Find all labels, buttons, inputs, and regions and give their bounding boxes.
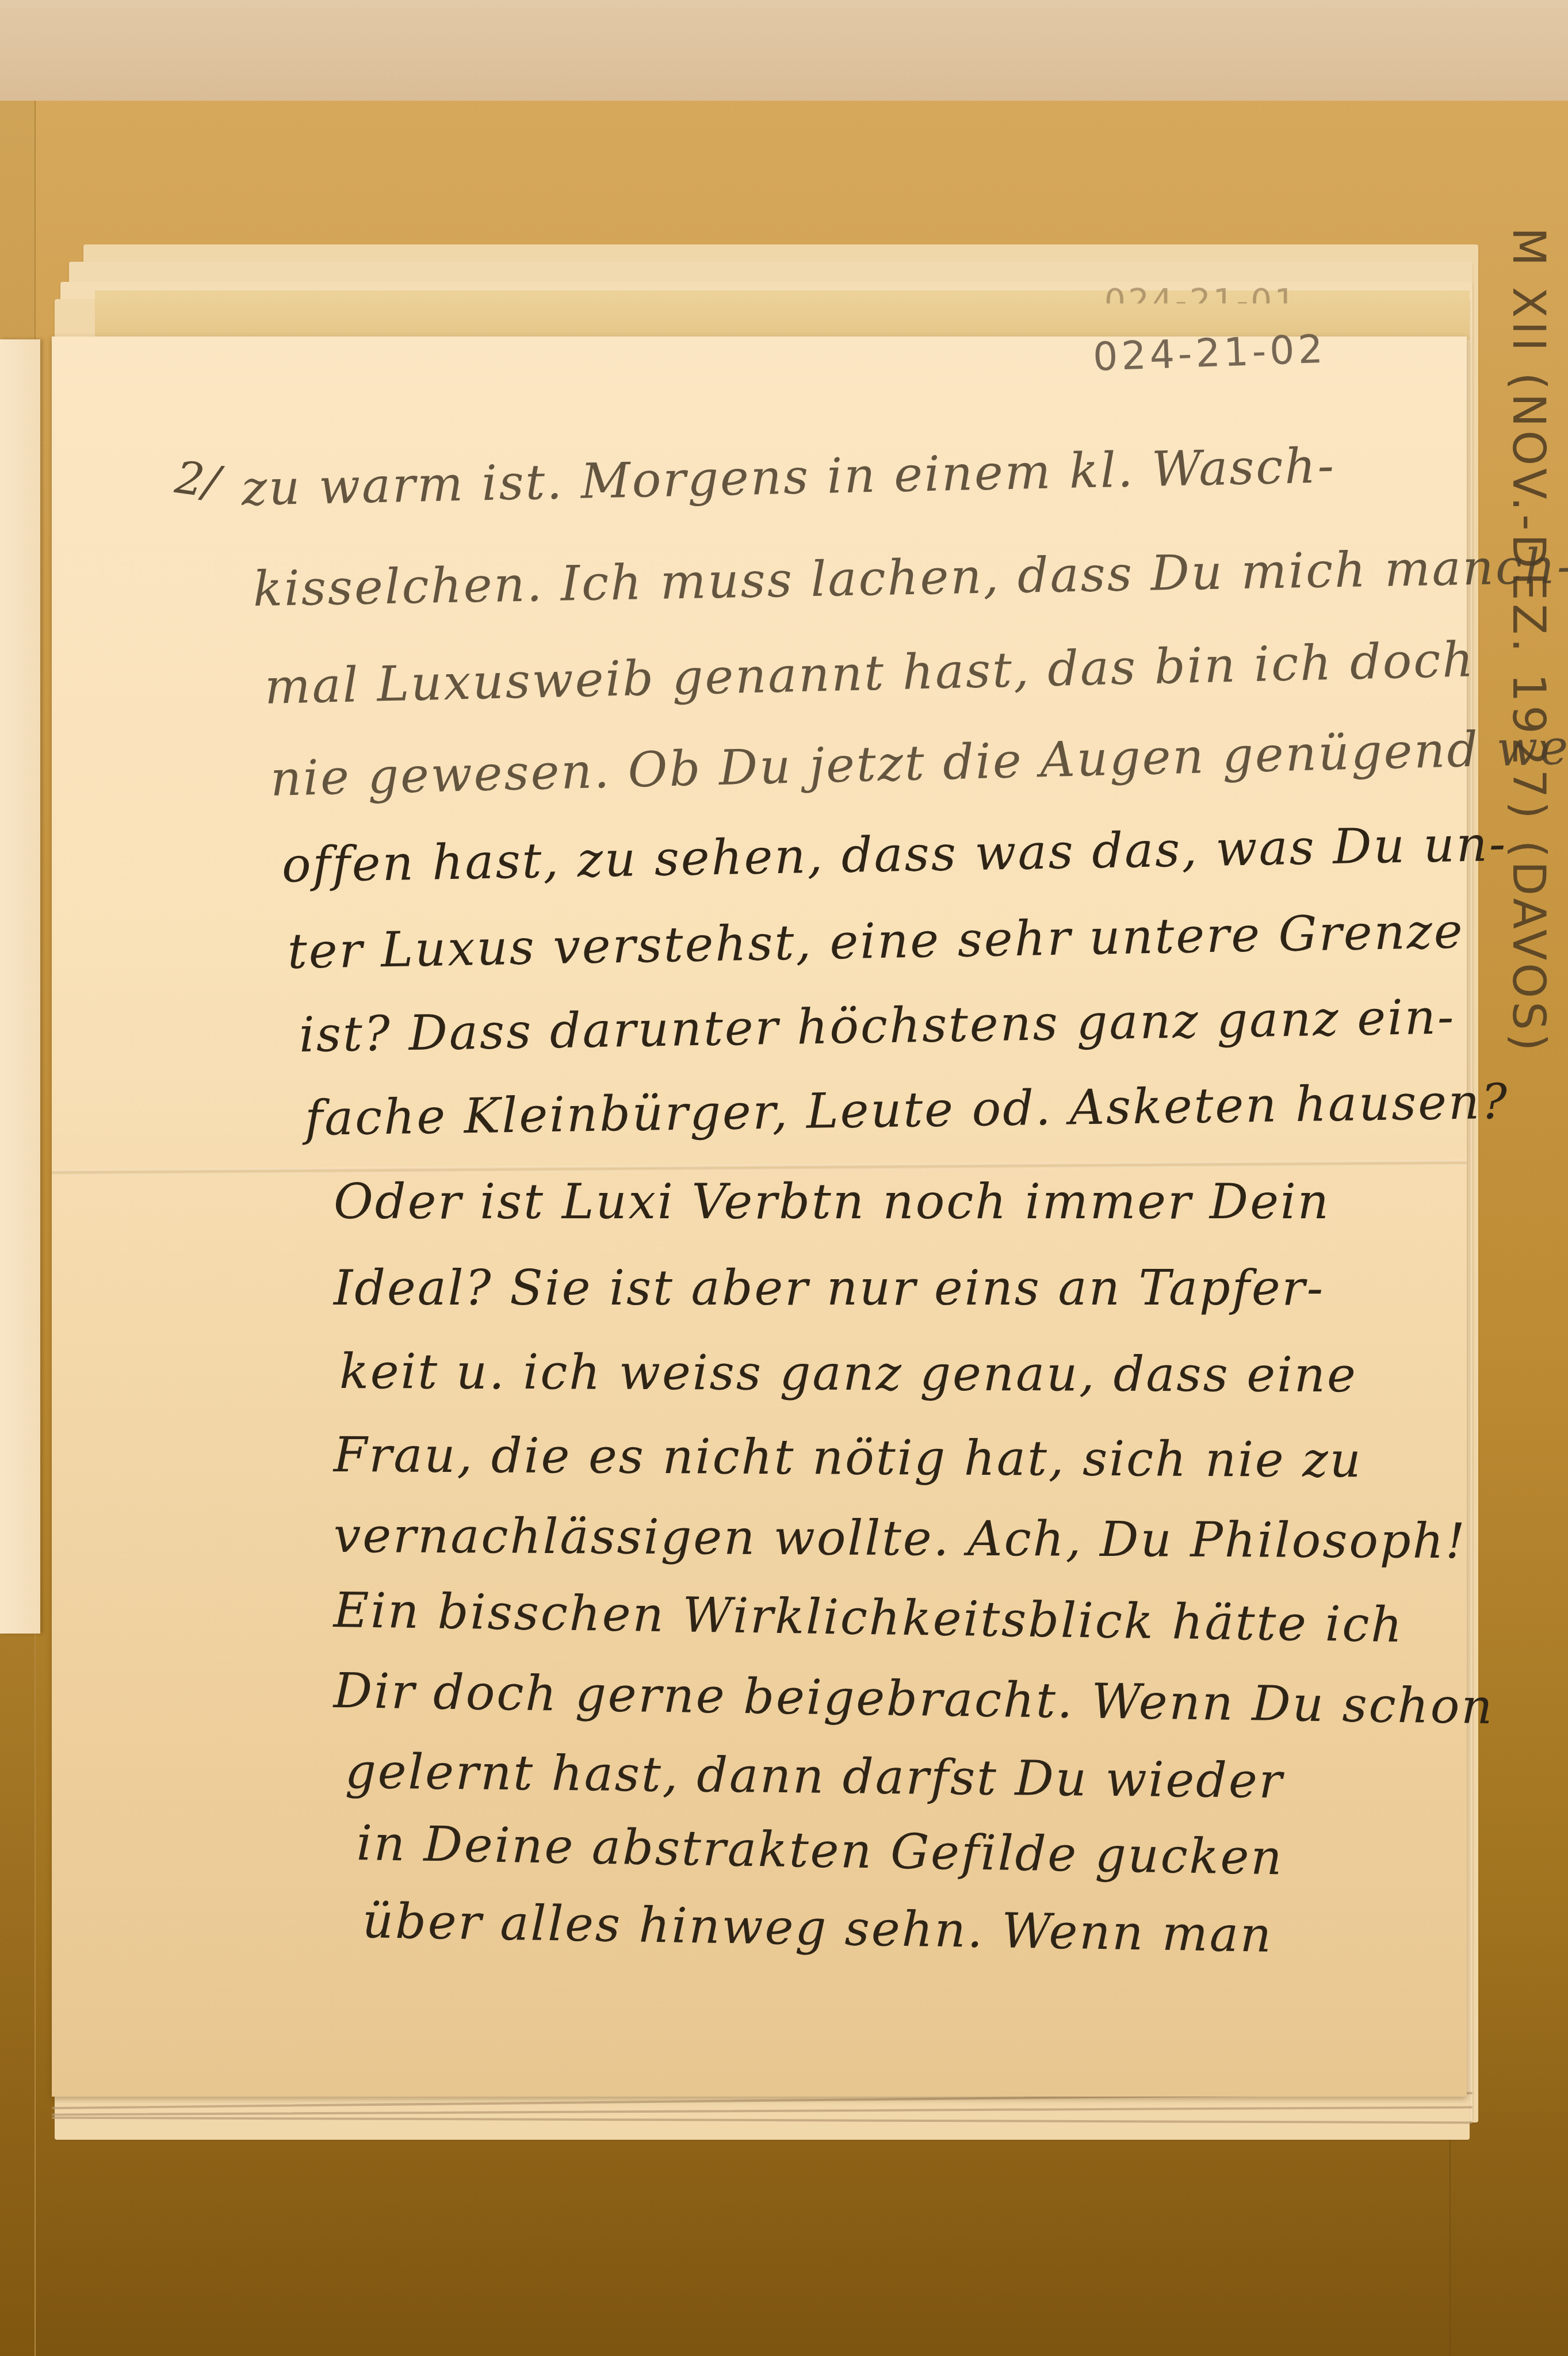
letter-line: Dir doch gerne beigebracht. Wenn Du scho… [333, 1662, 1494, 1735]
letter-line: keit u. ich weiss ganz genau, dass eine [339, 1343, 1357, 1403]
letter-line: in Deine abstrakten Gefilde gucken [356, 1815, 1284, 1885]
letter-line: zu warm ist. Morgens in einem kl. Wasch- [241, 437, 1336, 517]
letter-line: mal Luxusweib genannt hast, das bin ich … [264, 631, 1475, 715]
letter-line: ist? Dass darunter höchstens ganz ganz e… [299, 988, 1456, 1063]
letter-line: ter Luxus verstehst, eine sehr untere Gr… [287, 902, 1464, 980]
letter-line: Oder ist Luxi Verbtn noch immer Dein [334, 1173, 1330, 1230]
letter-line: fache Kleinbürger, Leute od. Asketen hau… [304, 1073, 1509, 1146]
letter-line: über alles hinweg sehn. Wenn man [362, 1892, 1273, 1963]
letter-line: vernachlässigen wollte. Ach, Du Philosop… [334, 1507, 1467, 1569]
letter-line: gelernt hast, dann darfst Du wieder [345, 1743, 1284, 1809]
letter-line: kisselchen. Ich muss lachen, dass Du mic… [253, 538, 1568, 617]
letter-line: Frau, die es nicht nötig hat, sich nie z… [334, 1426, 1363, 1488]
letter-line: Ein bisschen Wirklichkeitsblick hätte ic… [333, 1582, 1404, 1653]
letter-line: Ideal? Sie ist aber nur eins an Tapfer- [334, 1260, 1325, 1316]
handwritten-text: zu warm ist. Morgens in einem kl. Wasch-… [0, 0, 1568, 2356]
letter-line: offen hast, zu sehen, dass was das, was … [281, 816, 1508, 893]
letter-line: nie gewesen. Ob Du jetzt die Augen genüg… [270, 718, 1568, 807]
